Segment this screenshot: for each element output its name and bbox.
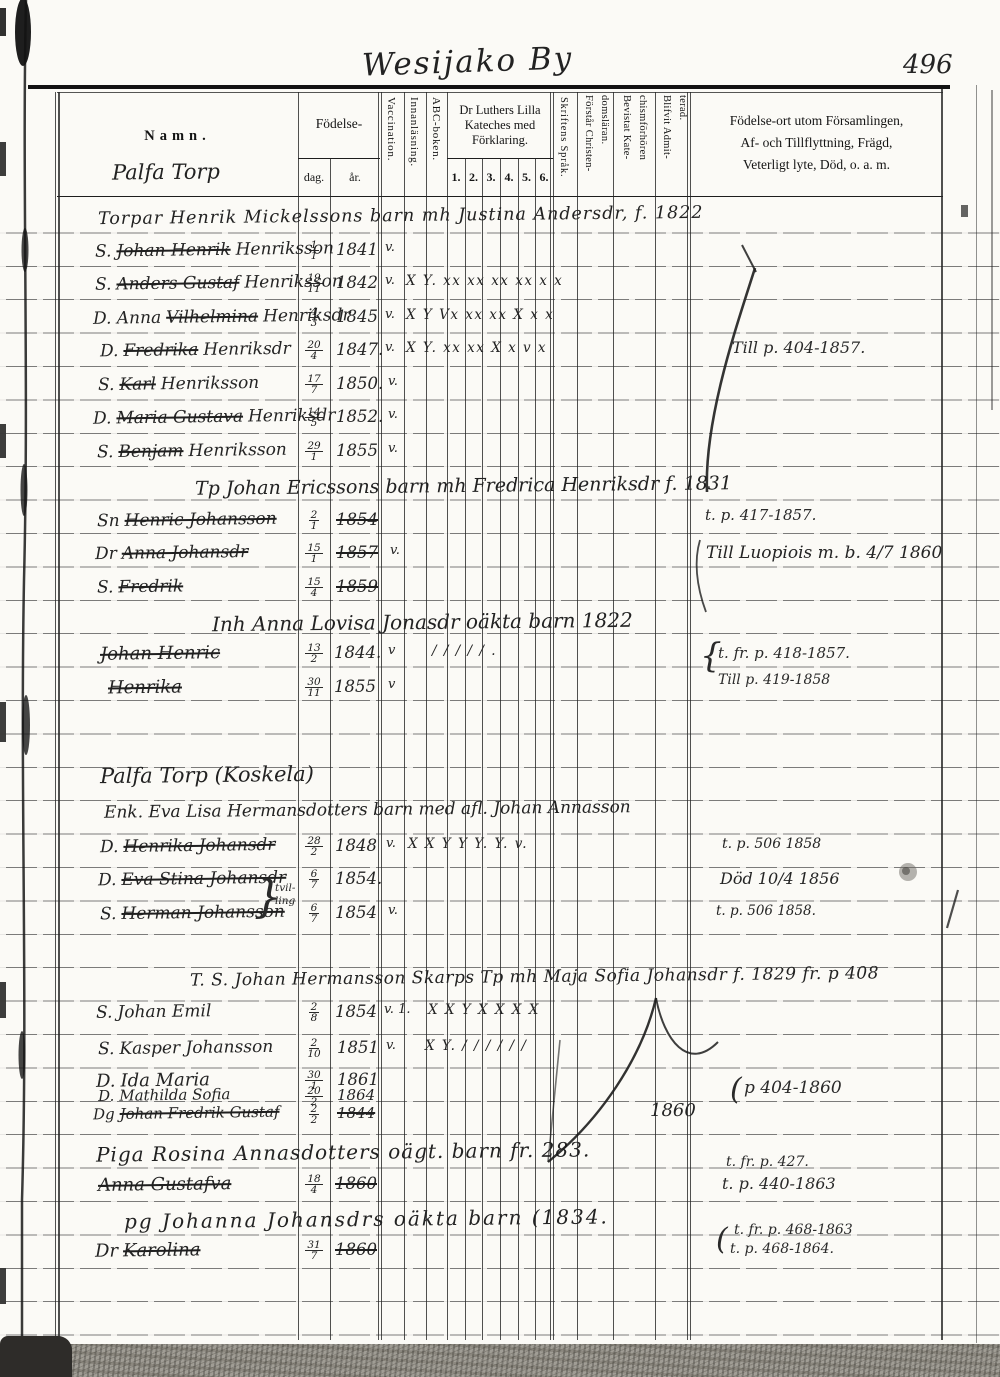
birth-year: 1852. xyxy=(336,407,383,426)
entry-name: S.Anders GustafHenriksson xyxy=(95,271,348,295)
col-header-forstar-christendomslaran: Förstår Christen- domsläran. xyxy=(580,95,614,195)
vaccination-mark: v. xyxy=(388,903,398,918)
birth-year: 1857 xyxy=(336,543,378,562)
table-row: D. AnnaVilhelminaHenriksdr 43 1845 v. X … xyxy=(0,307,1000,339)
col-header-namn: Namn. xyxy=(57,128,298,145)
entry-name: D.Henrika Johansdr xyxy=(100,835,281,858)
page-title: Wesijako By xyxy=(361,40,573,83)
birth-year: 1854 xyxy=(335,1002,377,1021)
reading-marks: X Y. xx xx X x v x xyxy=(406,340,547,356)
reading-marks: X Y. / / / / / / xyxy=(425,1038,527,1054)
birth-day-month: 67 xyxy=(299,903,329,924)
village-subheading: Palfa Torp xyxy=(112,159,220,184)
birth-day-month: 282 xyxy=(299,836,329,857)
reading-marks: X Y. xx xx xx xx x x xyxy=(406,273,563,289)
table-row: D.Henrika Johansdr 282 1848 v. X X Y Y Y… xyxy=(0,836,1000,868)
col-header-vaccination: Vaccination. xyxy=(385,97,397,161)
table-row: Johan Henric 132 1844. v / / / / / . xyxy=(0,643,1000,675)
header-top-rule xyxy=(28,85,950,89)
table-row: DrKarolina 317 1860 xyxy=(0,1240,1000,1272)
entry-name: D.FredrikaHenriksdr xyxy=(100,339,296,362)
col-header-abc-boken: ABC-boken. xyxy=(430,97,442,161)
entry-name: DrAnna Johansdr xyxy=(95,542,254,564)
birth-year: 1845 xyxy=(336,307,378,326)
birth-year: 1851 xyxy=(337,1038,379,1057)
kateches-col-5: 5. xyxy=(518,170,535,185)
col-header-innanlasning: Innanläsning. xyxy=(408,97,420,167)
table-row: S.Anders GustafHenriksson 1911 1842 v. X… xyxy=(0,273,1000,305)
entry-name: S.BenjamHenriksson xyxy=(97,440,292,463)
margin-note: Till Luopiois m. b. 4/7 1860 xyxy=(706,543,942,563)
table-row: S.Fredrik 154 1859 xyxy=(0,577,1000,609)
twin-label-top: tvil- xyxy=(275,882,295,894)
margin-note: t. p. 506 1858. xyxy=(716,903,816,919)
family-header: Inh Anna Lovisa Jonasdr oäkta barn 1822 xyxy=(212,608,633,636)
reading-marks: X X Y Y Y. Y. v. xyxy=(408,836,528,852)
margin-note: t. p. 506 1858 xyxy=(722,836,821,852)
twin-label-bottom: ling xyxy=(275,895,295,907)
birth-day-month: 132 xyxy=(299,643,329,664)
birth-year: 1844. xyxy=(334,643,381,662)
entry-name: D.Mathilda Sofia xyxy=(98,1085,236,1105)
margin-note: t. fr. p. 468-1863 xyxy=(734,1222,853,1238)
entry-name: S.Kasper Johansson xyxy=(98,1037,278,1060)
margin-note: t. fr. p. 427. xyxy=(726,1154,809,1170)
table-row: SnHenric Johansson 21 1854 xyxy=(0,510,1000,542)
birth-year: 1841 xyxy=(336,240,378,259)
farm-heading: Palfa Torp (Koskela) xyxy=(100,762,314,788)
col-header-fodelseort: Födelse-ort utom Församlingen, Af- och T… xyxy=(692,110,941,176)
vaccination-mark: v. 1. xyxy=(384,1002,410,1017)
header-top-rule-2 xyxy=(57,92,943,93)
vaccination-mark: v. xyxy=(388,374,398,389)
birth-year: 1854 xyxy=(336,510,378,529)
vaccination-mark: v. xyxy=(388,441,398,456)
birth-year: 1854 xyxy=(335,903,377,922)
entry-name: Henrika xyxy=(108,676,182,698)
birth-year: 1859 xyxy=(336,577,378,596)
col-header-kateches: Dr Luthers Lilla Kateches med Förklaring… xyxy=(447,103,553,148)
birth-day-month: 151 xyxy=(299,543,329,564)
scan-corner-blob xyxy=(0,1336,72,1377)
fodelse-divider xyxy=(298,158,380,159)
birth-year: 1860 xyxy=(335,1240,377,1259)
kateches-col-4: 4. xyxy=(500,170,518,185)
vaccination-mark: v. xyxy=(386,836,396,851)
entry-name: DgJohan Fredrik Gustaf xyxy=(93,1103,285,1124)
table-row: S.Johan Emil 28 1854 v. 1. X X Y X X X X xyxy=(0,1002,1000,1034)
kateches-col-1: 1. xyxy=(447,170,465,185)
entry-name: S.KarlHenriksson xyxy=(98,373,264,395)
birth-year: 1850. xyxy=(336,374,383,393)
table-row: S.Johan HenrikHenriksson 11 1841 v. xyxy=(0,240,1000,272)
birth-day-month: 154 xyxy=(299,577,329,598)
birth-day-month: 204 xyxy=(299,340,329,361)
reading-marks: X X Y X X X X xyxy=(428,1002,540,1018)
table-row: Anna Gustafva 184 1860 xyxy=(0,1174,1000,1206)
birth-day-month: 291 xyxy=(299,441,329,462)
table-row: D.Maria GustavaHenriksdr 145 1852. v. xyxy=(0,407,1000,439)
birth-year: 1855 xyxy=(336,441,378,460)
vaccination-mark: v. xyxy=(388,407,398,422)
table-row: DrAnna Johansdr 151 1857 v. Till Luopioi… xyxy=(0,543,1000,575)
birth-day-month: 22 xyxy=(299,1104,329,1125)
birth-year: 1847. xyxy=(336,340,383,359)
table-row: S.BenjamHenriksson 291 1855 v. xyxy=(0,441,1000,473)
vaccination-mark: v. xyxy=(386,1038,396,1053)
table-row: S.Herman Johansson 67 1854 v. t. p. 506 … xyxy=(0,903,1000,935)
scan-noise-band xyxy=(0,1344,1000,1377)
birth-day-month: 28 xyxy=(299,1002,329,1023)
birth-day-month: 317 xyxy=(299,1240,329,1261)
margin-note: Död 10/4 1856 xyxy=(720,869,840,888)
vaccination-mark: v xyxy=(388,677,395,692)
birth-year: 1855 xyxy=(334,677,376,696)
table-row: DgJohan Fredrik Gustaf 22 1844 xyxy=(0,1104,1000,1136)
col-header-fodelse: Födelse- xyxy=(298,116,380,132)
entry-name: Johan Henric xyxy=(100,642,220,665)
col-header-dag: dag. xyxy=(298,170,330,185)
birth-day-month: 3011 xyxy=(299,677,329,698)
col-header-ar: år. xyxy=(330,170,380,185)
birth-year: 1854. xyxy=(335,869,382,888)
birth-day-month: 210 xyxy=(299,1038,329,1059)
birth-year: 1844 xyxy=(337,1104,375,1122)
birth-day-month: 67 xyxy=(299,869,329,890)
reading-marks: X Y Vx xx xx X x x xyxy=(406,307,554,323)
birth-day-month: 21 xyxy=(299,510,329,531)
birth-day-month: 177 xyxy=(299,374,329,395)
vaccination-mark: v. xyxy=(390,543,400,558)
birth-year: 1860 xyxy=(335,1174,377,1193)
vaccination-mark: v xyxy=(388,643,395,658)
entry-name: Anna Gustafva xyxy=(98,1173,232,1196)
entry-name: SnHenric Johansson xyxy=(97,509,282,532)
table-row: Henrika 3011 1855 v xyxy=(0,677,1000,709)
col-header-blifvit-admitterad: Blifvit Admit- terad. xyxy=(658,95,690,195)
page-number: 496 xyxy=(903,50,953,80)
kateches-col-3: 3. xyxy=(482,170,500,185)
vaccination-mark: v. xyxy=(385,240,395,255)
birth-year: 1864 xyxy=(337,1086,375,1104)
birth-year: 1848 xyxy=(335,836,377,855)
kateches-col-6: 6. xyxy=(535,170,553,185)
parish-register-page: Wesijako By 496 Namn. Palfa Torp Födelse… xyxy=(0,0,1000,1377)
table-row: D.FredrikaHenriksdr 204 1847. v. X Y. xx… xyxy=(0,340,1000,372)
entry-name: S.Johan Emil xyxy=(96,1001,217,1023)
birth-year: 1842 xyxy=(336,273,378,292)
col-header-bevistat-katechismforhoren: Bevistat Kate- chismförhören xyxy=(618,95,654,195)
table-row: S.KarlHenriksson 177 1850. v. xyxy=(0,374,1000,406)
vaccination-mark: v. xyxy=(385,340,395,355)
entry-name: D.Maria GustavaHenriksdr xyxy=(93,405,341,428)
table-row: D.Eva Stina Johansdr 67 1854. Död 10/4 1… xyxy=(0,869,1000,901)
reading-marks: / / / / / . xyxy=(432,643,497,659)
birth-day-month: 184 xyxy=(299,1174,329,1195)
kateches-col-2: 2. xyxy=(465,170,482,185)
vaccination-mark: v. xyxy=(385,273,395,288)
entry-name: S.Johan HenrikHenriksson xyxy=(95,238,339,261)
vaccination-mark: v. xyxy=(385,307,395,322)
entry-name: DrKarolina xyxy=(95,1239,206,1262)
entry-name: D. AnnaVilhelminaHenriksdr xyxy=(93,305,356,329)
entry-name: S.Fredrik xyxy=(97,576,188,597)
col-header-skriftens-sprak: Skriftens Språk. xyxy=(558,97,569,177)
table-row: S.Kasper Johansson 210 1851 v. X Y. / / … xyxy=(0,1038,1000,1070)
family-header: pg Johanna Johansdrs oäkta barn (1834. xyxy=(124,1204,609,1233)
